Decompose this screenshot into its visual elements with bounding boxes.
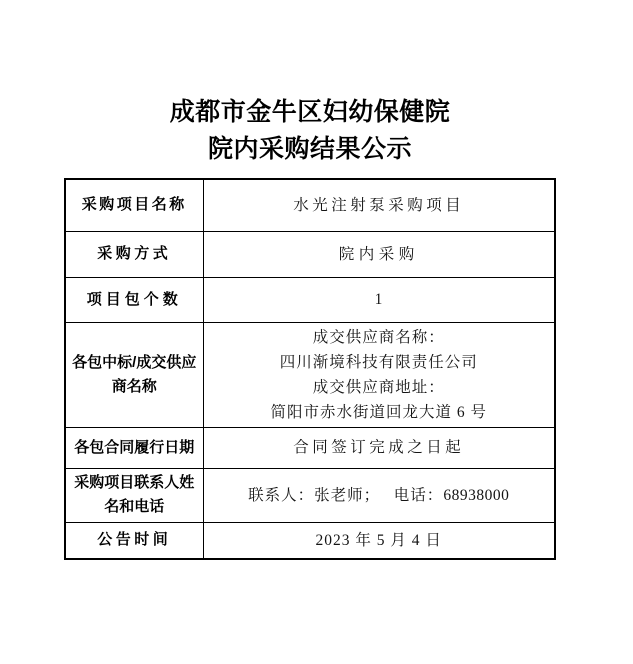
row-label: 各包中标/成交供应 商名称 xyxy=(65,322,203,427)
table-row-winning-supplier: 各包中标/成交供应 商名称 成交供应商名称： 四川渐境科技有限责任公司 成交供应… xyxy=(65,322,555,427)
table-row-project-name: 采购项目名称 水光注射泵采购项目 xyxy=(65,179,555,231)
row-label: 采购项目名称 xyxy=(65,179,203,231)
row-label: 采购项目联系人姓 名和电话 xyxy=(65,468,203,522)
row-label: 公告时间 xyxy=(65,522,203,559)
table-row-announcement-date: 公告时间 2023 年 5 月 4 日 xyxy=(65,522,555,559)
row-value: 联系人：张老师； 电话：68938000 xyxy=(203,468,555,522)
procurement-result-table: 采购项目名称 水光注射泵采购项目 采购方式 院内采购 项目包个数 1 各包中标/… xyxy=(64,178,556,560)
table-row-contact: 采购项目联系人姓 名和电话 联系人：张老师； 电话：68938000 xyxy=(65,468,555,522)
row-label: 各包合同履行日期 xyxy=(65,427,203,468)
row-value: 2023 年 5 月 4 日 xyxy=(203,522,555,559)
table-row-procurement-method: 采购方式 院内采购 xyxy=(65,231,555,277)
title-line-1: 成都市金牛区妇幼保健院 xyxy=(64,94,556,131)
row-value: 成交供应商名称： 四川渐境科技有限责任公司 成交供应商地址： 简阳市赤水街道回龙… xyxy=(203,322,555,427)
row-value: 合同签订完成之日起 xyxy=(203,427,555,468)
row-label: 采购方式 xyxy=(65,231,203,277)
row-value: 院内采购 xyxy=(203,231,555,277)
table-row-package-count: 项目包个数 1 xyxy=(65,277,555,322)
contact-phone: 68938000 xyxy=(443,487,509,504)
row-value: 水光注射泵采购项目 xyxy=(203,179,555,231)
row-value: 1 xyxy=(203,277,555,322)
document-page: 成都市金牛区妇幼保健院 院内采购结果公示 采购项目名称 水光注射泵采购项目 采购… xyxy=(0,0,633,664)
contact-text: 联系人：张老师； 电话： xyxy=(248,487,443,504)
table-row-contract-performance-date: 各包合同履行日期 合同签订完成之日起 xyxy=(65,427,555,468)
row-label: 项目包个数 xyxy=(65,277,203,322)
title-line-2: 院内采购结果公示 xyxy=(64,131,556,168)
document-title: 成都市金牛区妇幼保健院 院内采购结果公示 xyxy=(64,94,556,168)
